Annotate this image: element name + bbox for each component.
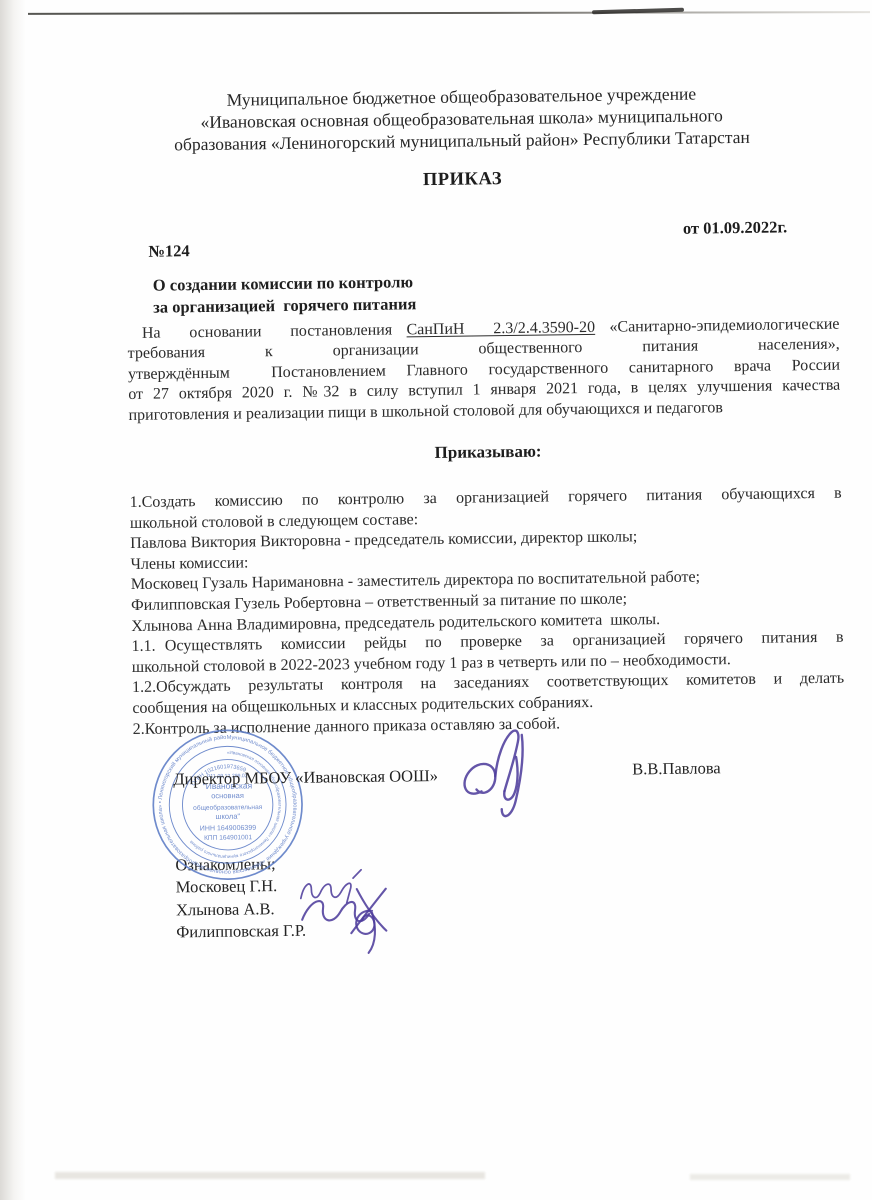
stamp-kpp-text: КПП 164901001 bbox=[204, 834, 252, 842]
org-header: Муниципальное бюджетное общеобразователь… bbox=[0, 80, 866, 157]
scanned-document-page: Муниципальное бюджетное общеобразователь… bbox=[0, 0, 872, 1200]
doc-title: ПРИКАЗ bbox=[0, 164, 867, 196]
doc-date: от 01.09.2022г. bbox=[683, 217, 788, 238]
ack-row-khlynova: Хлынова А.В. bbox=[176, 897, 306, 921]
stamp-center-line: основная bbox=[211, 791, 244, 800]
order-heading: Приказываю: bbox=[0, 437, 870, 468]
director-label: Директор МБОУ «Ивановская ООШ» bbox=[173, 766, 438, 788]
doc-number: №124 bbox=[148, 241, 190, 262]
official-stamp-seal: Муниципальное бюджетное общеобразователь… bbox=[147, 724, 309, 886]
ack-row-filippovskaya: Филипповская Г.Р. bbox=[176, 920, 306, 944]
preamble-paragraph: На основании постановления СанПиН 2.3/2.… bbox=[127, 315, 840, 426]
stamp-center-line: школа" bbox=[215, 812, 240, 821]
ack-signature-filippovskaya bbox=[342, 900, 401, 957]
stamp-inn-text: ИНН 1649006399 bbox=[200, 825, 257, 833]
stamp-center-line: общеобразовательная bbox=[193, 803, 263, 812]
director-name: В.В.Павлова bbox=[632, 758, 721, 779]
doc-subject: О создании комиссии по контролю за орган… bbox=[153, 271, 417, 317]
ack-name: Хлынова А.В. bbox=[176, 899, 275, 919]
ack-name: Филипповская Г.Р. bbox=[176, 921, 306, 942]
signature-area: Муниципальное бюджетное общеобразователь… bbox=[132, 695, 847, 904]
document-content: Муниципальное бюджетное общеобразователь… bbox=[0, 0, 872, 1200]
